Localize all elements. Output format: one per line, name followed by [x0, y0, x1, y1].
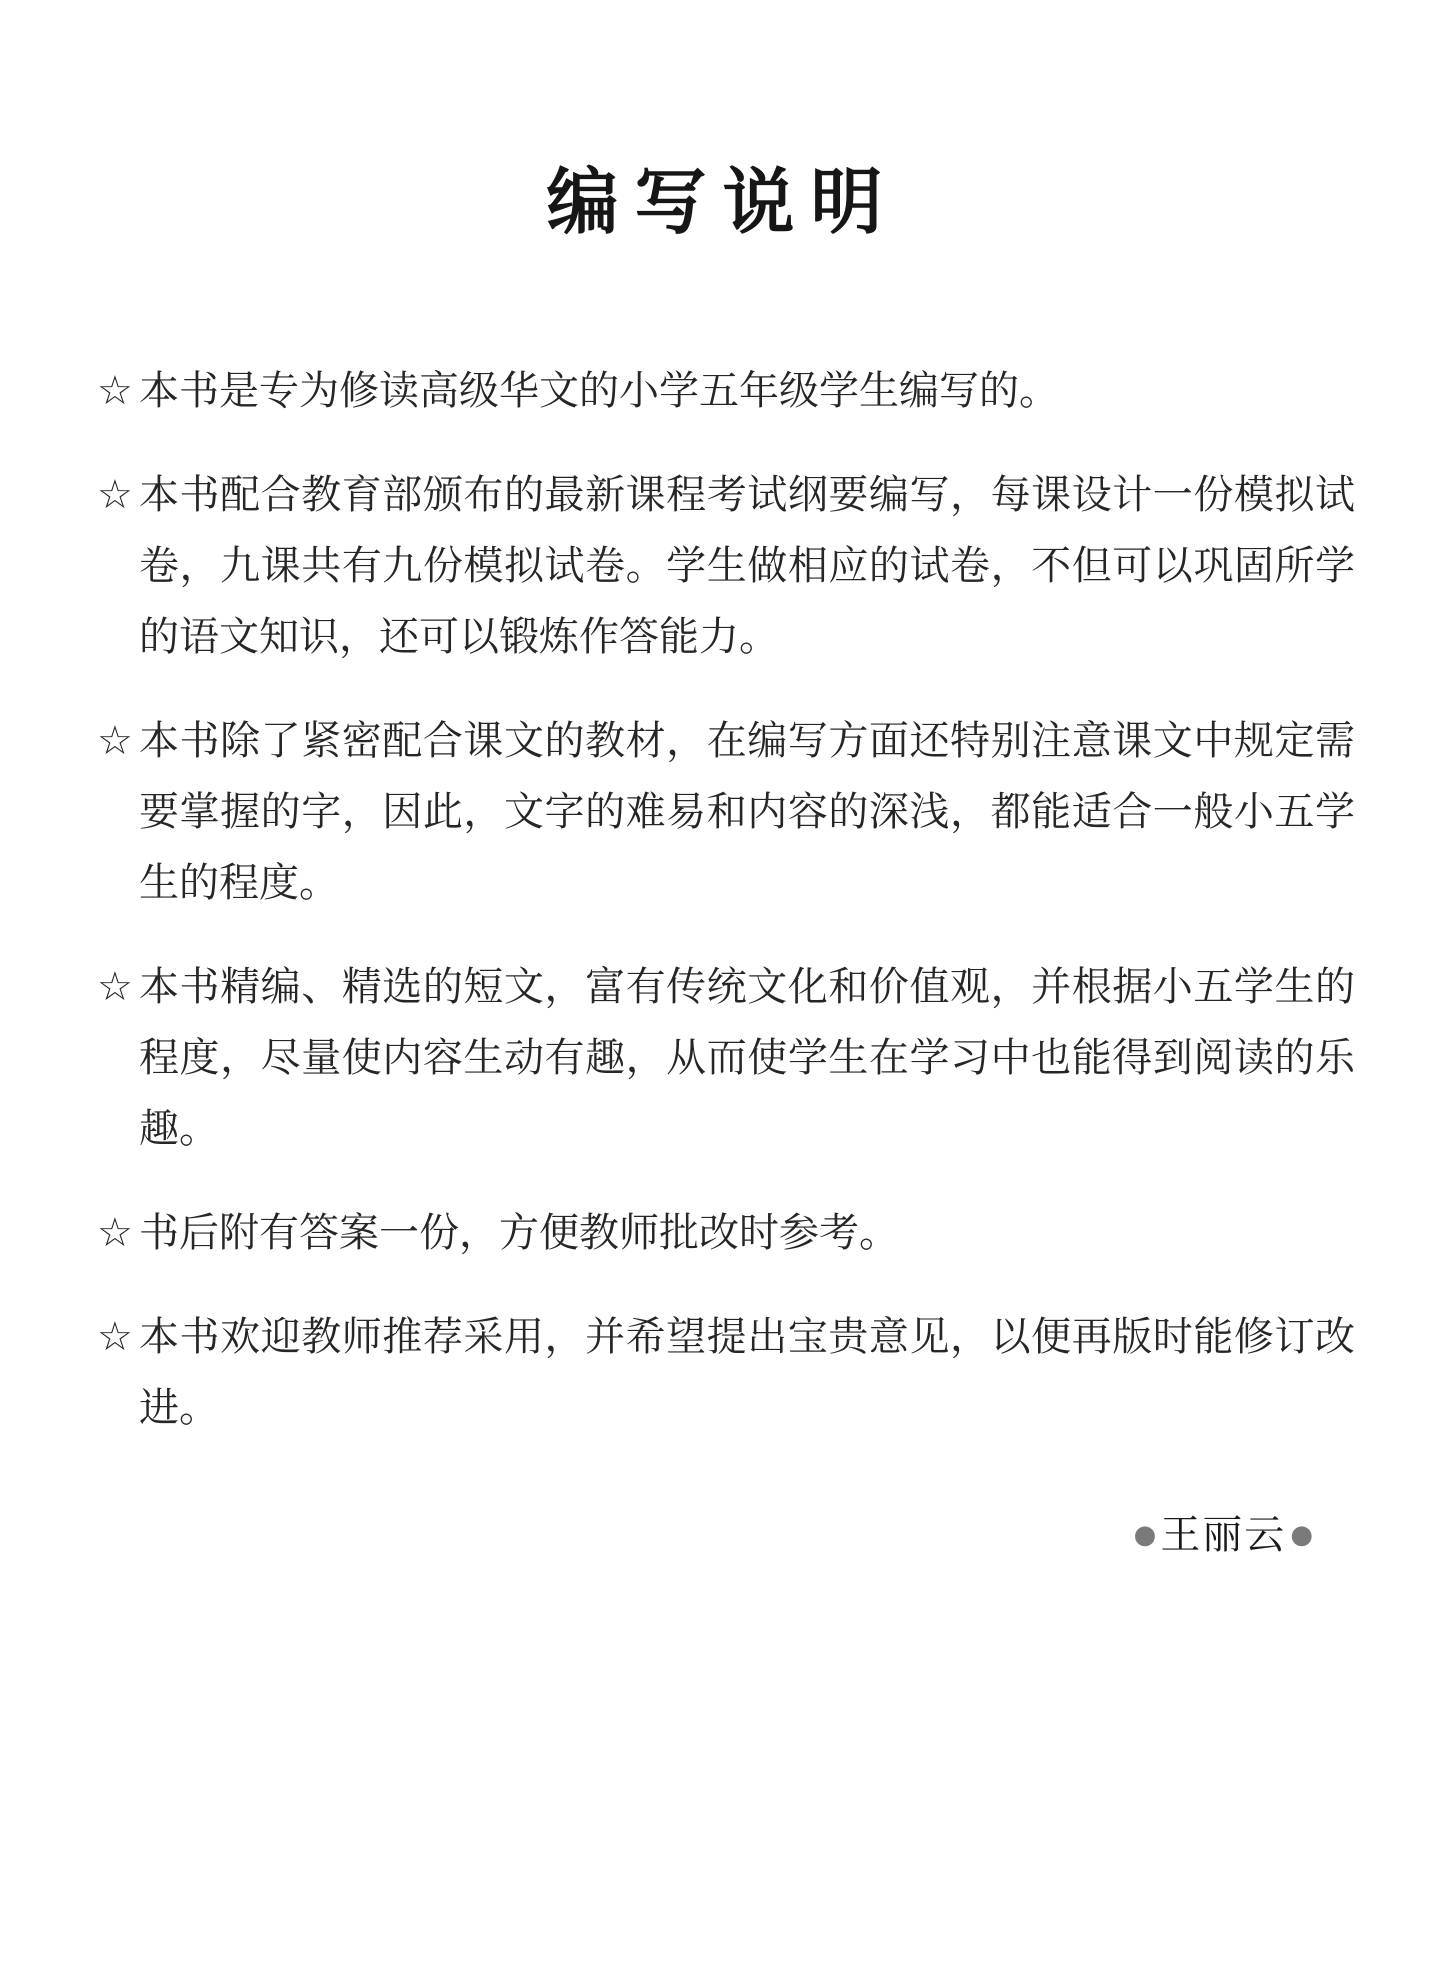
preface-item: ☆ 本书配合教育部颁布的最新课程考试纲要编写，每课设计一份模拟试卷，九课共有九份…	[97, 460, 1355, 673]
preface-item-text: 书后附有答案一份，方便教师批改时参考。	[139, 1210, 899, 1256]
preface-item: ☆ 本书除了紧密配合课文的教材，在编写方面还特别注意课文中规定需要掌握的字，因此…	[97, 706, 1355, 919]
star-bullet-icon: ☆	[97, 952, 139, 1023]
author-signature: ●王丽云●	[1130, 1508, 1317, 1562]
preface-item: ☆ 本书是专为修读高级华文的小学五年级学生编写的。	[97, 356, 1355, 427]
signature-left-dot-icon: ●	[1130, 1520, 1161, 1550]
page-title: 编写说明	[0, 48, 1445, 238]
star-bullet-icon: ☆	[97, 460, 139, 531]
star-bullet-icon: ☆	[97, 356, 139, 427]
preface-item-text: 本书除了紧密配合课文的教材，在编写方面还特别注意课文中规定需要掌握的字，因此，文…	[139, 718, 1355, 906]
document-page: 编写说明 ☆ 本书是专为修读高级华文的小学五年级学生编写的。 ☆ 本书配合教育部…	[0, 0, 1445, 1978]
star-bullet-icon: ☆	[97, 1198, 139, 1269]
signature-right-dot-icon: ●	[1286, 1520, 1317, 1550]
preface-item: ☆ 书后附有答案一份，方便教师批改时参考。	[97, 1198, 1355, 1269]
preface-body: ☆ 本书是专为修读高级华文的小学五年级学生编写的。 ☆ 本书配合教育部颁布的最新…	[97, 356, 1355, 1444]
star-bullet-icon: ☆	[97, 706, 139, 777]
preface-item-text: 本书精编、精选的短文，富有传统文化和价值观，并根据小五学生的程度，尽量使内容生动…	[139, 964, 1355, 1152]
preface-item-text: 本书配合教育部颁布的最新课程考试纲要编写，每课设计一份模拟试卷，九课共有九份模拟…	[139, 472, 1355, 660]
star-bullet-icon: ☆	[97, 1302, 139, 1373]
author-name: 王丽云	[1160, 1512, 1286, 1558]
preface-item: ☆ 本书精编、精选的短文，富有传统文化和价值观，并根据小五学生的程度，尽量使内容…	[97, 952, 1355, 1165]
preface-item-text: 本书欢迎教师推荐采用，并希望提出宝贵意见，以便再版时能修订改进。	[139, 1314, 1355, 1431]
preface-item-text: 本书是专为修读高级华文的小学五年级学生编写的。	[139, 368, 1059, 414]
preface-item: ☆ 本书欢迎教师推荐采用，并希望提出宝贵意见，以便再版时能修订改进。	[97, 1302, 1355, 1444]
